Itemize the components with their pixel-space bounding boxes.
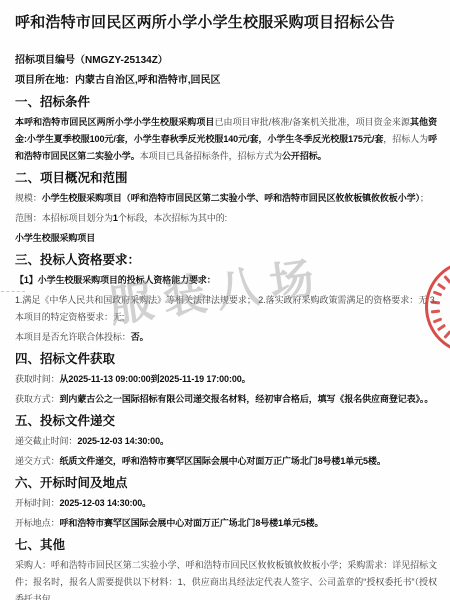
text-segment: 纸质文件递交，呼和浩特市赛罕区国际会展中心对面万正广场北门8号楼1单元5楼。 [60, 456, 386, 466]
section-heading: 三、投标人资格要求： [15, 252, 437, 269]
text-segment: ，招标人为 [383, 134, 428, 144]
text-segment: 范围：本招标项目划分为 [15, 213, 113, 223]
paragraph: 获取方式：到内蒙古公之一国际招标有限公司递交报名材料，经初审合格后，填写《报名供… [15, 391, 437, 408]
section-heading: 七、其他 [15, 537, 437, 554]
paragraph: 规模：小学生校服采购项目（呼和浩特市回民区第二实验小学、呼和浩特市回民区攸攸板镇… [15, 190, 437, 207]
text-segment: 个标段，本次招标为其中的: [118, 213, 227, 223]
text-segment: 七、其他 [15, 538, 65, 552]
paragraph: 小学生校服采购项目 [15, 230, 437, 247]
doc-meta-line: 项目所在地：内蒙古自治区,呼和浩特市,回民区 [15, 72, 437, 89]
paragraph: 本呼和浩特市回民区两所小学小学生校服采购项目已由项目审批/核准/备案机关批准，项… [15, 114, 437, 165]
text-segment: 开标时间： [15, 498, 60, 508]
text-segment: 呼和浩特市赛罕区国际会展中心对面万正广场北门8号楼1单元5楼。 [60, 518, 324, 528]
text-segment: 一、招标条件 [15, 95, 90, 109]
text-segment: 2025-12-03 14:30:00。 [60, 498, 152, 508]
text-segment: 四、招标文件获取 [15, 352, 115, 366]
text-segment: 开标地点： [15, 518, 60, 528]
paragraph: 范围：本招标项目划分为1个标段，本次招标为其中的: [15, 210, 437, 227]
text-segment: 小学生校服采购项目（呼和浩特市回民区第二实验小学、呼和浩特市回民区攸攸板镇攸攸板… [42, 193, 420, 203]
paragraph: 开标地点：呼和浩特市赛罕区国际会展中心对面万正广场北门8号楼1单元5楼。 [15, 515, 437, 532]
paragraph: 本项目是否允许联合体投标：否。 [15, 329, 437, 346]
text-segment: 规模： [15, 193, 42, 203]
text-segment: 三、投标人资格要求： [15, 253, 140, 267]
text-segment: 二、项目概况和范围 [15, 171, 128, 185]
section-heading: 一、招标条件 [15, 94, 437, 111]
text-segment: 从2025-11-13 09:00:00到2025-11-19 17:00:00… [60, 374, 251, 384]
paragraph: 【1】小学生校服采购项目的投标人资格能力要求： [15, 272, 437, 289]
text-segment: 项目所在地：内蒙古自治区,呼和浩特市,回民区 [15, 75, 221, 86]
text-segment: 到内蒙古公之一国际招标有限公司递交报名材料，经初审合格后，填写《报名供应商登记表… [60, 394, 434, 404]
text-segment: 五、投标文件递交 [15, 414, 115, 428]
text-segment: 本项目是否允许联合体投标： [15, 332, 131, 342]
text-segment: 1.满足《中华人民共和国政府采购法》等相关法律法规要求； 2.落实政府采购政策需… [15, 295, 437, 322]
scanned-tender-notice-page: 呼和浩特市回民区两所小学小学生校服采购项目招标公告 招标项目编号（NMGZY-2… [0, 0, 450, 600]
section-heading: 五、投标文件递交 [15, 413, 437, 430]
text-segment: 六、开标时间及地点 [15, 476, 128, 490]
text-segment: 否。 [131, 332, 149, 342]
text-segment: 已由项目审批/核准/备案机关批准，项目资金来源 [214, 117, 410, 127]
text-segment: 【1】小学生校服采购项目的投标人资格能力要求： [15, 275, 216, 285]
text-segment: 获取时间： [15, 374, 60, 384]
paragraph: 开标时间：2025-12-03 14:30:00。 [15, 495, 437, 512]
section-heading: 四、招标文件获取 [15, 351, 437, 368]
scan-artifact-dashes [1, 291, 25, 292]
document-body: 招标项目编号（NMGZY-25134Z）项目所在地：内蒙古自治区,呼和浩特市,回… [15, 52, 437, 600]
page-title: 呼和浩特市回民区两所小学小学生校服采购项目招标公告 [15, 12, 437, 33]
text-segment: 本项目已具备招标条件，招标方式为 [140, 151, 282, 161]
doc-meta-line: 招标项目编号（NMGZY-25134Z） [15, 52, 437, 69]
text-segment: ； [420, 193, 429, 203]
text-segment: 招标项目编号（NMGZY-25134Z） [15, 55, 168, 66]
text-segment: 小学生校服采购项目 [15, 233, 95, 243]
text-segment: 递交方式： [15, 456, 60, 466]
text-segment: 获取方式： [15, 394, 60, 404]
paragraph: 获取时间：从2025-11-13 09:00:00到2025-11-19 17:… [15, 371, 437, 388]
section-heading: 六、开标时间及地点 [15, 475, 437, 492]
paragraph: 递交方式：纸质文件递交，呼和浩特市赛罕区国际会展中心对面万正广场北门8号楼1单元… [15, 453, 437, 470]
text-segment: 公开招标。 [282, 151, 327, 161]
text-segment: 2025-12-03 14:30:00。 [77, 436, 169, 446]
section-heading: 二、项目概况和范围 [15, 170, 437, 187]
paragraph: 采购人：呼和浩特市回民区第二实验小学、呼和浩特市回民区攸攸板镇攸攸板小学；采购需… [15, 557, 437, 600]
paragraph: 递交截止时间：2025-12-03 14:30:00。 [15, 433, 437, 450]
text-segment: 递交截止时间： [15, 436, 77, 446]
text-segment: 本呼和浩特市回民区两所小学小学生校服采购项目 [15, 117, 214, 127]
text-segment: 采购人：呼和浩特市回民区第二实验小学、呼和浩特市回民区攸攸板镇攸攸板小学；采购需… [15, 560, 437, 600]
paragraph: 1.满足《中华人民共和国政府采购法》等相关法律法规要求； 2.落实政府采购政策需… [15, 292, 437, 326]
